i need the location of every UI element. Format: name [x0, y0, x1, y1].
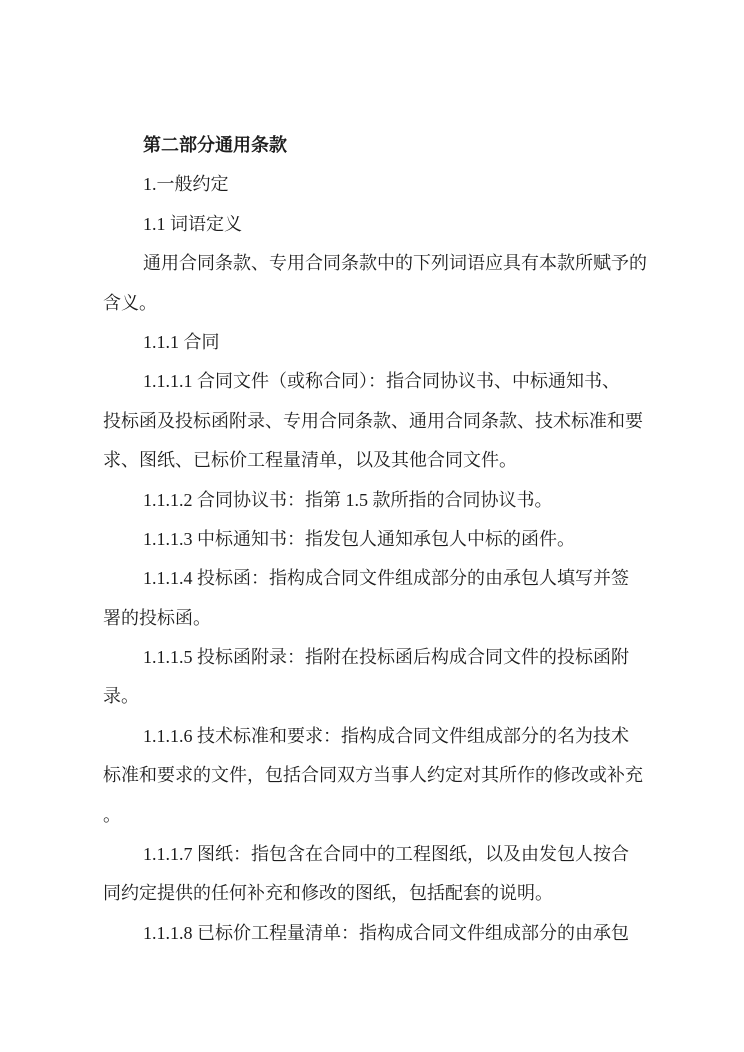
- text-line: 1.1.1 合同: [103, 323, 644, 362]
- text-line: 录。: [103, 677, 644, 716]
- text-line: 含义。: [103, 284, 644, 323]
- text-line: 同约定提供的任何补充和修改的图纸，包括配套的说明。: [103, 874, 644, 913]
- document-page: 第二部分通用条款 1.一般约定 1.1 词语定义 通用合同条款、专用合同条款中的…: [0, 0, 744, 1052]
- text-line: 署的投标函。: [103, 599, 644, 638]
- text-line: 1.1.1.2 合同协议书：指第 1.5 款所指的合同协议书。: [103, 481, 644, 520]
- text-line: 1.1.1.7 图纸：指包含在合同中的工程图纸，以及由发包人按合: [103, 835, 644, 874]
- text-line: 投标函及投标函附录、专用合同条款、通用合同条款、技术标准和要: [103, 402, 644, 441]
- text-line: 求、图纸、已标价工程量清单，以及其他合同文件。: [103, 441, 644, 480]
- text-line: 1.1.1.6 技术标准和要求：指构成合同文件组成部分的名为技术: [103, 717, 644, 756]
- text-line: 1.1.1.5 投标函附录：指附在投标函后构成合同文件的投标函附: [103, 638, 644, 677]
- section-heading: 第二部分通用条款: [103, 126, 644, 165]
- text-line: 通用合同条款、专用合同条款中的下列词语应具有本款所赋予的: [103, 244, 644, 283]
- text-line: 1.1.1.3 中标通知书：指发包人通知承包人中标的函件。: [103, 520, 644, 559]
- text-line: 标准和要求的文件，包括合同双方当事人约定对其所作的修改或补充: [103, 756, 644, 795]
- text-line: 1.一般约定: [103, 165, 644, 204]
- text-line: 1.1.1.4 投标函：指构成合同文件组成部分的由承包人填写并签: [103, 559, 644, 598]
- text-line: 1.1.1.8 已标价工程量清单：指构成合同文件组成部分的由承包: [103, 914, 644, 953]
- text-line: 。: [103, 796, 644, 835]
- text-line: 1.1 词语定义: [103, 205, 644, 244]
- text-line: 1.1.1.1 合同文件（或称合同）：指合同协议书、中标通知书、: [103, 362, 644, 401]
